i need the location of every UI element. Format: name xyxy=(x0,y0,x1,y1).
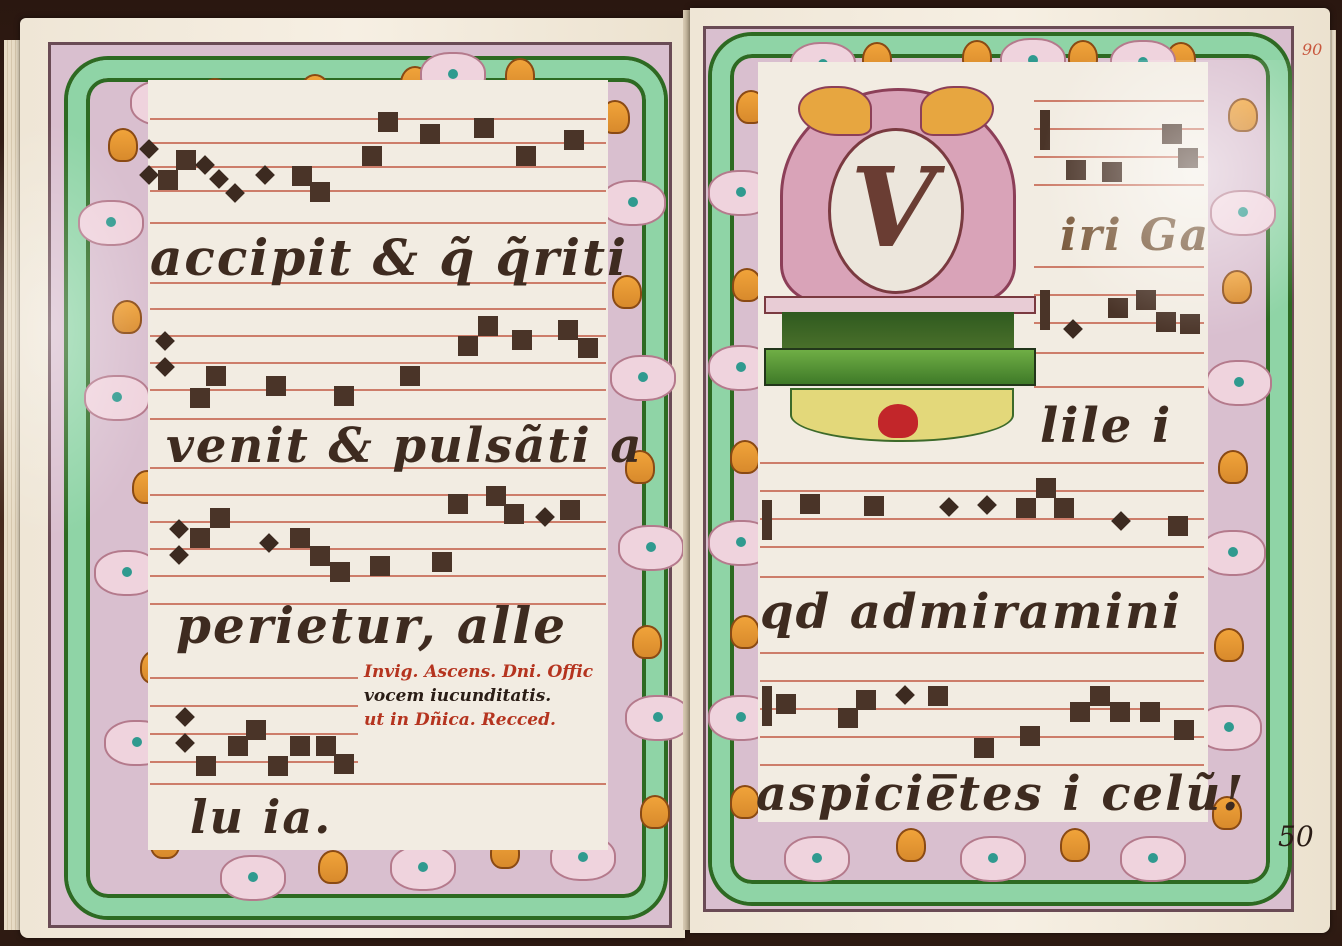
neume xyxy=(266,376,286,396)
neume xyxy=(316,736,336,756)
staff-line xyxy=(760,462,1204,464)
neume xyxy=(268,756,288,776)
initial-letter: V xyxy=(828,138,958,278)
tulip-motif xyxy=(1222,270,1252,304)
neume xyxy=(474,118,494,138)
staff-line xyxy=(150,142,606,144)
rubric-line-1: Invig. Ascens. Dni. Offic xyxy=(364,660,593,684)
tulip-motif xyxy=(1228,98,1258,132)
tulip-motif xyxy=(1214,628,1244,662)
neume xyxy=(432,552,452,572)
neume xyxy=(558,320,578,340)
neume xyxy=(420,124,440,144)
flower-motif xyxy=(784,836,850,882)
tulip-motif xyxy=(730,440,760,474)
neume xyxy=(330,562,350,582)
neume xyxy=(228,736,248,756)
neume xyxy=(334,386,354,406)
neume xyxy=(290,736,310,756)
photo-scene: accipit & q̃ q̃riti venit & pulsãti a pe… xyxy=(0,0,1342,946)
neume xyxy=(578,338,598,358)
staff-line xyxy=(1034,322,1204,324)
neume xyxy=(1174,720,1194,740)
illuminated-initial: V xyxy=(770,88,1020,298)
neume xyxy=(290,528,310,548)
neume xyxy=(1178,148,1198,168)
neume-clef xyxy=(762,500,772,540)
rubric-line-2: vocem iucunditatis. xyxy=(364,684,593,708)
lyric-line: venit & pulsãti a xyxy=(166,418,644,474)
staff-line xyxy=(150,335,606,337)
staff-line xyxy=(150,222,606,224)
rubric-line-3: ut in Dñica. Recced. xyxy=(364,708,593,732)
flower-motif xyxy=(1206,360,1272,406)
neume xyxy=(1140,702,1160,722)
flower-motif xyxy=(220,855,286,901)
red-tulip-ornament xyxy=(878,404,918,438)
tulip-motif xyxy=(730,615,760,649)
flower-motif xyxy=(84,375,150,421)
neume xyxy=(190,388,210,408)
neume xyxy=(1036,478,1056,498)
staff-line xyxy=(760,652,1204,654)
neume-clef xyxy=(762,686,772,726)
neume xyxy=(1090,686,1110,706)
lyric-line: aspicie̅tes i celũ! xyxy=(756,766,1245,822)
tulip-motif xyxy=(1060,828,1090,862)
neume xyxy=(1066,160,1086,180)
neume xyxy=(246,720,266,740)
flower-motif xyxy=(600,180,666,226)
lyric-line: lile i xyxy=(1040,398,1172,454)
staff-line xyxy=(150,761,358,763)
staff-line xyxy=(150,166,606,168)
neume xyxy=(1168,516,1188,536)
neume-clef xyxy=(1040,290,1050,330)
neume xyxy=(864,496,884,516)
neume xyxy=(504,504,524,524)
neume xyxy=(362,146,382,166)
neume xyxy=(1102,162,1122,182)
neume xyxy=(1016,498,1036,518)
staff-line xyxy=(1034,352,1204,354)
staff-line xyxy=(150,308,606,310)
neume xyxy=(190,528,210,548)
neume xyxy=(158,170,178,190)
neume xyxy=(196,756,216,776)
neume xyxy=(1108,298,1128,318)
tulip-motif xyxy=(632,625,662,659)
lyric-line: perietur, alle xyxy=(176,596,567,655)
neume xyxy=(378,112,398,132)
tulip-motif xyxy=(640,795,670,829)
neume xyxy=(210,508,230,528)
flower-motif xyxy=(390,845,456,891)
lyric-line: qd admiramini xyxy=(760,584,1182,640)
staff-line xyxy=(150,705,358,707)
staff-line xyxy=(150,389,606,391)
neume xyxy=(1020,726,1040,746)
staff-line xyxy=(1034,266,1204,268)
flower-motif xyxy=(1200,530,1266,576)
neume xyxy=(176,150,196,170)
neume xyxy=(458,336,478,356)
neume xyxy=(776,694,796,714)
neume xyxy=(1054,498,1074,518)
staff-line xyxy=(150,548,606,550)
staff-line xyxy=(760,576,1204,578)
staff-line xyxy=(150,783,606,785)
flower-motif xyxy=(78,200,144,246)
neume xyxy=(560,500,580,520)
neume xyxy=(564,130,584,150)
staff-line xyxy=(760,680,1204,682)
neume xyxy=(1110,702,1130,722)
neume xyxy=(310,182,330,202)
neume xyxy=(1162,124,1182,144)
lyric-line: lu ia. xyxy=(190,790,332,844)
neume xyxy=(1136,290,1156,310)
neume xyxy=(838,708,858,728)
flower-motif xyxy=(1120,836,1186,882)
pedestal-base xyxy=(764,348,1036,386)
flower-motif xyxy=(610,355,676,401)
neume xyxy=(292,166,312,186)
neume xyxy=(856,690,876,710)
staff-line xyxy=(1034,294,1204,296)
tulip-motif xyxy=(108,128,138,162)
rubric-note: Invig. Ascens. Dni. Offic vocem iucundit… xyxy=(364,660,593,732)
neume xyxy=(1070,702,1090,722)
neume xyxy=(1156,312,1176,332)
neume xyxy=(334,754,354,774)
neume xyxy=(1180,314,1200,334)
neume xyxy=(400,366,420,386)
neume xyxy=(478,316,498,336)
staff-line xyxy=(1034,100,1204,102)
staff-line xyxy=(150,362,606,364)
staff-line xyxy=(1034,184,1204,186)
initial-pedestal xyxy=(764,296,1032,391)
neume xyxy=(448,494,468,514)
tulip-motif xyxy=(1218,450,1248,484)
staff-line xyxy=(150,494,606,496)
neume xyxy=(206,366,226,386)
lyric-line: iri Ga xyxy=(1060,210,1210,261)
neume xyxy=(512,330,532,350)
flower-motif xyxy=(1210,190,1276,236)
staff-line xyxy=(760,546,1204,548)
neume xyxy=(800,494,820,514)
staff-line xyxy=(760,708,1204,710)
staff-line xyxy=(760,518,1204,520)
flower-motif xyxy=(625,695,691,741)
staff-line xyxy=(150,190,606,192)
flower-motif xyxy=(618,525,684,571)
tulip-motif xyxy=(318,850,348,884)
neume xyxy=(928,686,948,706)
staff-line xyxy=(150,677,358,679)
neume-clef xyxy=(1040,110,1050,150)
staff-line xyxy=(1034,386,1204,388)
flower-motif xyxy=(960,836,1026,882)
neume xyxy=(486,486,506,506)
neume xyxy=(310,546,330,566)
neume xyxy=(516,146,536,166)
lyric-line: accipit & q̃ q̃riti xyxy=(150,228,628,287)
neume xyxy=(974,738,994,758)
neume xyxy=(370,556,390,576)
pedestal-body xyxy=(782,312,1014,348)
folio-number-bottom: 50 xyxy=(1278,820,1314,853)
tulip-motif xyxy=(896,828,926,862)
tulip-motif xyxy=(112,300,142,334)
staff-line xyxy=(760,490,1204,492)
folio-number-top: 90 xyxy=(1302,40,1322,59)
